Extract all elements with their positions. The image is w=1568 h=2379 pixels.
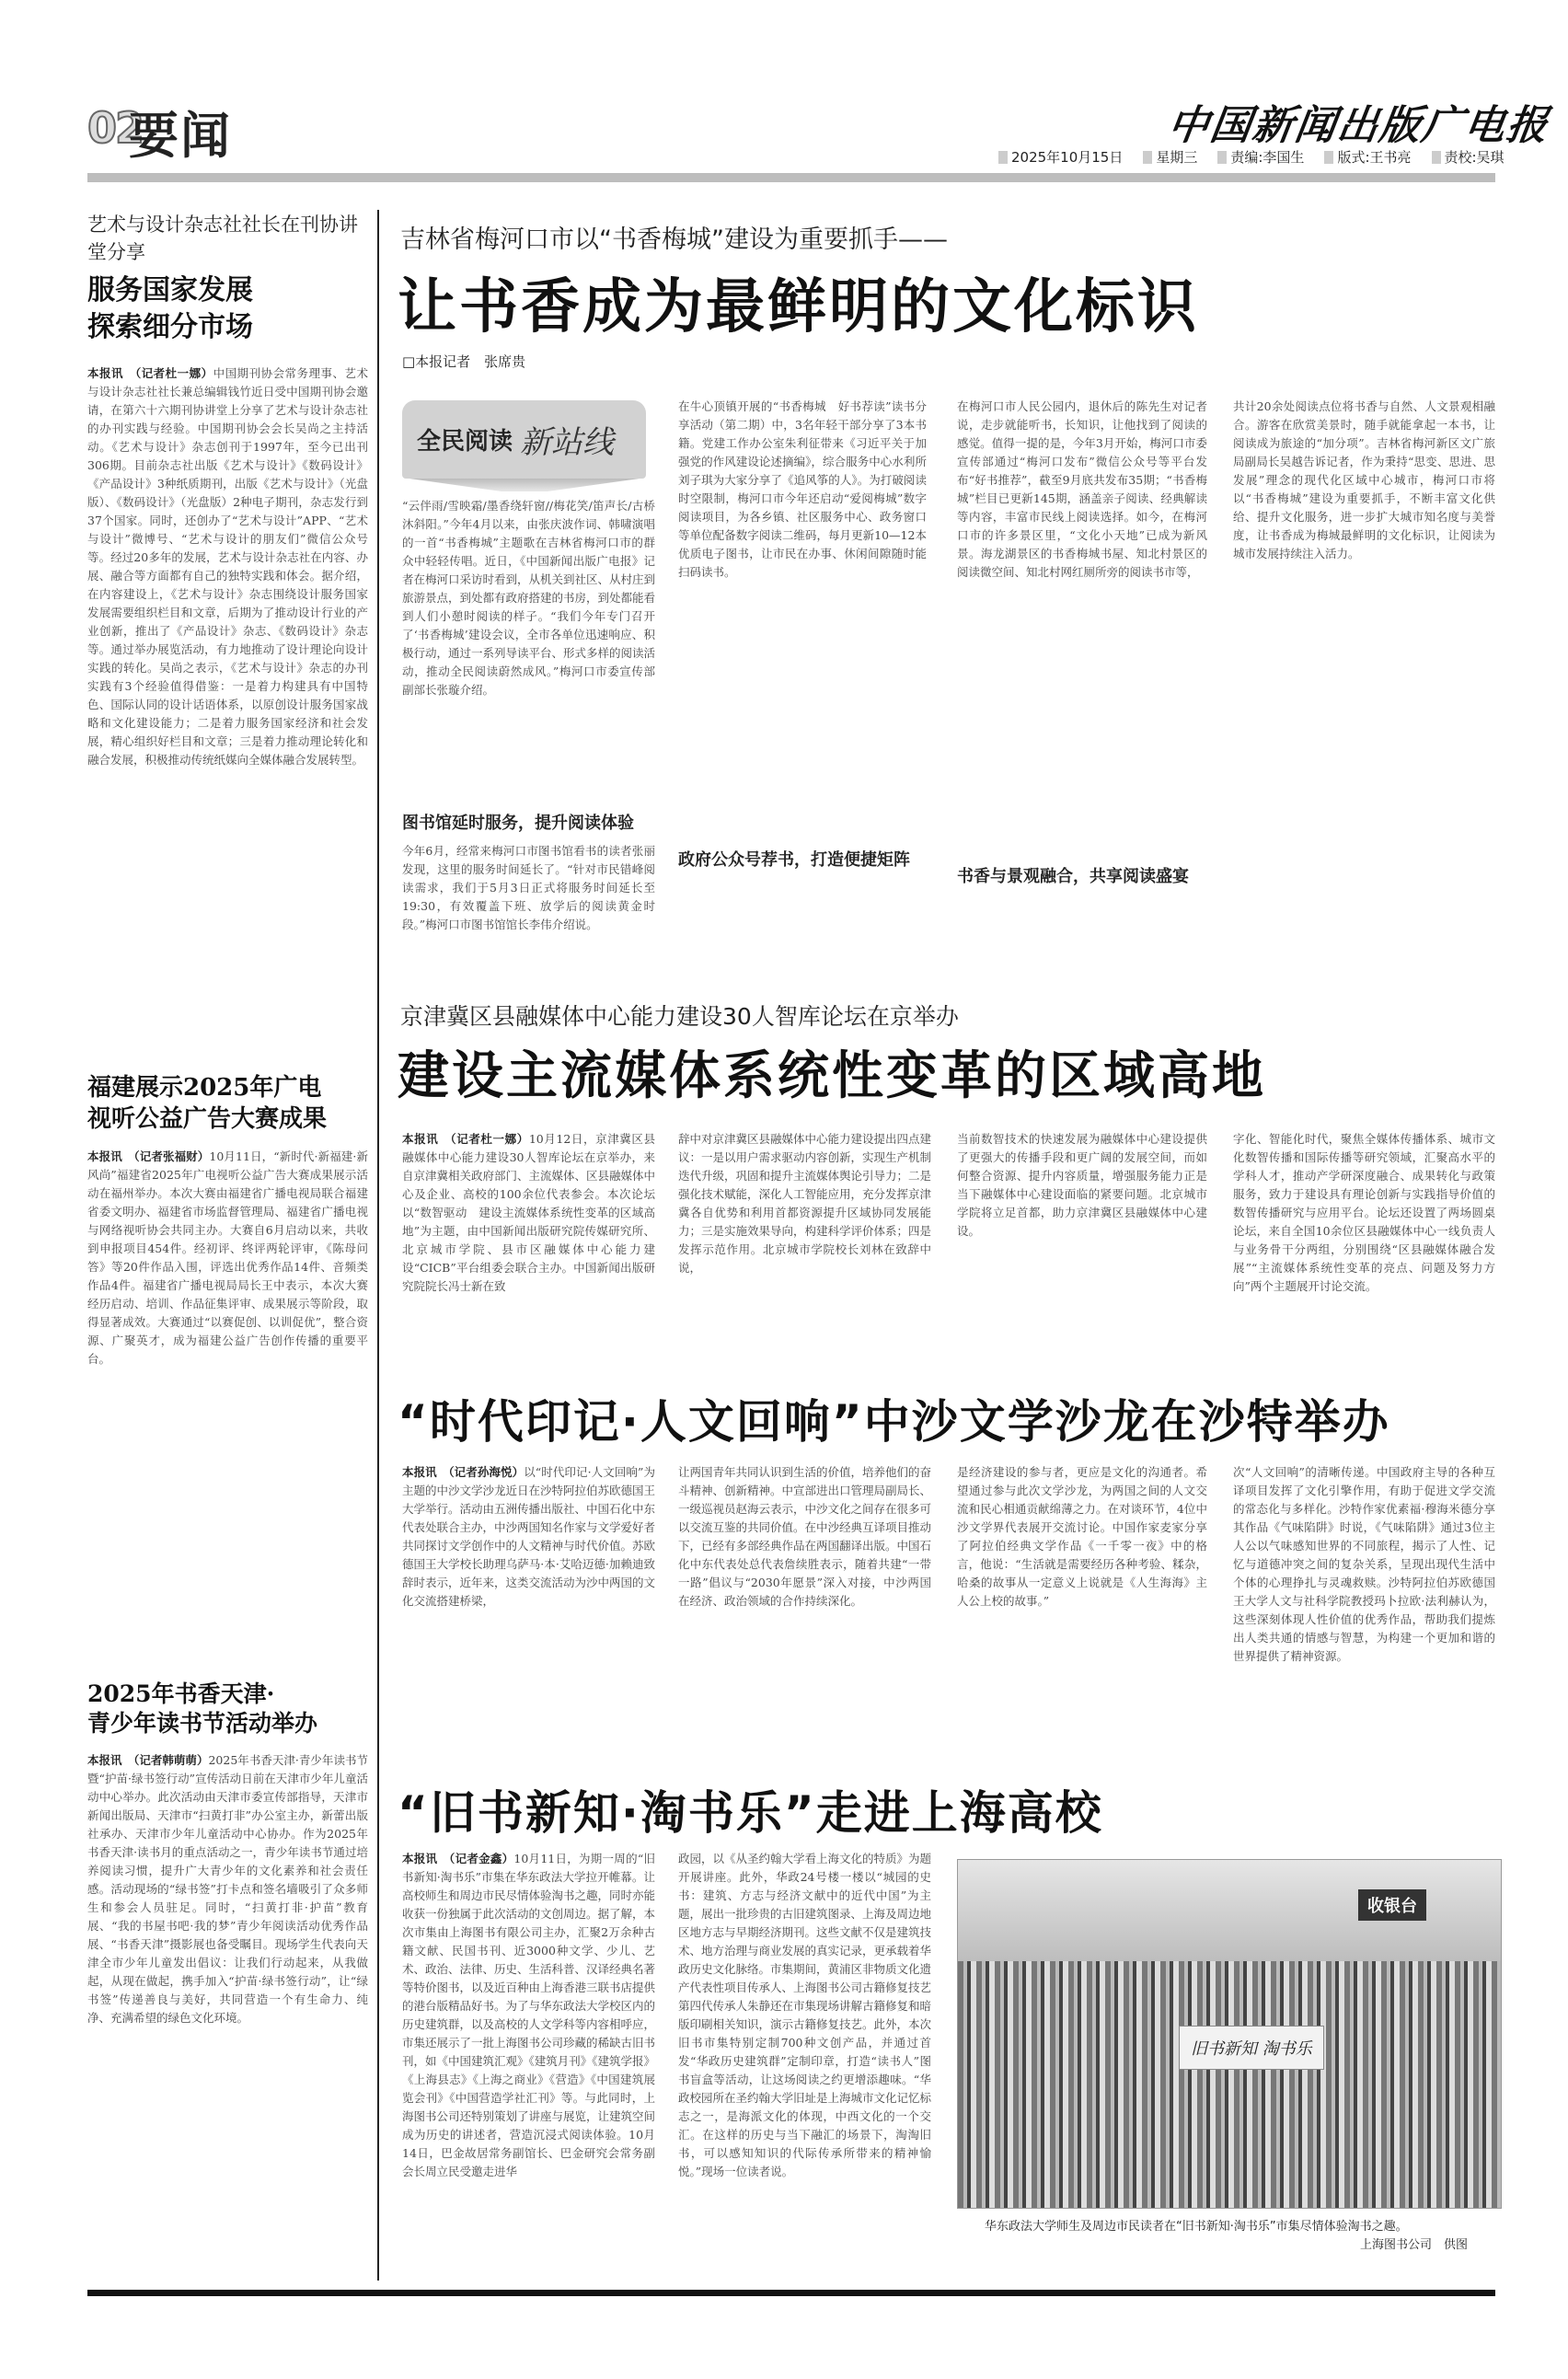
article-column: “云伴雨/雪映霜/墨香绕轩窗//梅花笑/笛声长/古桥沐斜阳。”今年4月以来，由张…	[402, 497, 655, 791]
stand-sign: 旧书新知 淘书乐	[1179, 2026, 1324, 2070]
article-column: 在梅河口市人民公园内，退休后的陈先生对记者说，走步就能听书，长知识，让他找到了阅…	[957, 398, 1207, 844]
article-kicker: 京津冀区县融媒体中心能力建设30人智库论坛在京举办	[400, 999, 959, 1032]
story-body: 本报讯 （记者张福财）10月11日，“新时代·新福建·新风尚”福建省2025年广…	[87, 1148, 368, 1668]
article-column: 是经济建设的参与者，更应是文化的沟通者。希望通过参与此次文学沙龙，为两国之间的人…	[957, 1463, 1207, 1739]
story-body: 本报讯 （记者杜一娜）中国期刊协会常务理事、艺术与设计杂志社社长兼总编辑钱竹近日…	[87, 364, 368, 990]
left-story-3: 2025年书香天津· 青少年读书节活动举办 本报讯 （记者韩萌萌）2025年书香…	[87, 1680, 368, 2290]
article-column: 辞中对京津冀区县融媒体中心能力建设提出四点建议：一是以用户需求驱动内容创新，实现…	[678, 1130, 931, 1323]
title-line: 探索细分市场	[87, 309, 368, 346]
article-column: 政园，以《从圣约翰大学看上海文化的特质》为题开展讲座。此外，华政24号楼一楼以“…	[678, 1850, 931, 2278]
story-body: 本报讯 （记者韩萌萌）2025年书香天津·青少年读书节暨“护苗·绿书签行动”宣传…	[87, 1751, 368, 2290]
proofreader: 责校:吴琪	[1432, 147, 1505, 167]
article-title: “旧书新知·淘书乐”走进上海高校	[398, 1776, 1103, 1842]
article-column: 次“人文回响”的清晰传递。中国政府主导的各种互译项目发挥了文化引擎作用，有助于促…	[1233, 1463, 1495, 1739]
left-story-2: 福建展示2025年广电 视听公益广告大赛成果 本报讯 （记者张福财）10月11日…	[87, 1072, 368, 1668]
editor: 责编:李国生	[1217, 147, 1304, 167]
article-column: 本报讯 （记者金鑫）10月11日，为期一周的“旧书新知·淘书乐”市集在华东政法大…	[402, 1850, 655, 2278]
article-title: “时代印记·人文回响”中沙文学沙龙在沙特举办	[398, 1385, 1390, 1451]
open-book-icon	[409, 479, 640, 491]
column-divider	[377, 210, 379, 2281]
section-title: 要闻	[129, 97, 232, 167]
article-column: 今年6月，经常来梅河口市图书馆看书的读者张丽发现，这里的服务时间延长了。“针对市…	[402, 842, 655, 934]
sub-heading: 政府公众号荐书，打造便捷矩阵	[678, 847, 910, 871]
article-column: 在牛心顶镇开展的“书香梅城 好书荐读”读书分享活动（第二期）中，3名年轻干部分享…	[678, 398, 927, 756]
footer-divider	[87, 2290, 1495, 2296]
layout-editor: 版式:王书亮	[1324, 147, 1411, 167]
story-title: 2025年书香天津· 青少年读书节活动举办	[87, 1680, 368, 1738]
issue-meta: 2025年10月15日 星期三 责编:李国生 版式:王书亮 责校:吴琪	[998, 147, 1505, 167]
story-title: 福建展示2025年广电 视听公益广告大赛成果	[87, 1072, 368, 1135]
left-story-1: 艺术与设计杂志社社长在刊协讲堂分享 服务国家发展 探索细分市场 本报讯 （记者杜…	[87, 210, 368, 990]
article-title: 建设主流媒体系统性变革的区域高地	[398, 1035, 1266, 1109]
article-column: 字化、智能化时代，聚焦全媒体传播体系、城市文化数智传播和国际传播等研究领域，汇聚…	[1233, 1130, 1495, 1323]
title-line: 服务国家发展	[87, 272, 368, 309]
story-kicker: 艺术与设计杂志社社长在刊协讲堂分享	[87, 210, 368, 265]
header-divider	[87, 173, 1495, 182]
sub-heading: 书香与景观融合，共享阅读盛宴	[957, 863, 1189, 887]
book-market-photo: 收银台 旧书新知 淘书乐	[957, 1859, 1502, 2209]
photo-caption: 华东政法大学师生及周边市民读者在“旧书新知·淘书乐”市集尽情体验淘书之趣。	[985, 2216, 1408, 2234]
article-kicker: 吉林省梅河口市以“书香梅城”建设为重要抓手——	[400, 219, 948, 255]
sub-heading: 图书馆延时服务，提升阅读体验	[402, 810, 634, 834]
reading-column-banner: 全民阅读 新站线	[402, 400, 646, 479]
issue-date: 2025年10月15日	[998, 147, 1123, 167]
story-lead: 本报讯 （记者杜一娜）	[87, 366, 213, 380]
article-column: 共计20余处阅读点位将书香与自然、人文景观相融合。游客在欣赏美景时，随手就能拿起…	[1233, 398, 1495, 964]
masthead-logo: 中国新闻出版广电报	[1165, 92, 1554, 151]
article-title: 让书香成为最鲜明的文化标识	[398, 260, 1199, 344]
article-column: 本报讯 （记者杜一娜）10月12日，京津冀区县融媒体中心能力建设30人智库论坛在…	[402, 1130, 655, 1323]
issue-weekday: 星期三	[1143, 147, 1197, 167]
article-column: 当前数智技术的快速发展为融媒体中心建设提供了更强大的传播手段和更广阔的发展空间，…	[957, 1130, 1207, 1323]
story-title: 服务国家发展 探索细分市场	[87, 272, 368, 346]
article-column: 本报讯 （记者孙海悦）以“时代印记·人文回响”为主题的中沙文学沙龙近日在沙特阿拉…	[402, 1463, 655, 1739]
photo-credit: 上海图书公司 供图	[1360, 2235, 1468, 2252]
article-byline: □本报记者 张席贵	[402, 352, 525, 371]
article-column: 让两国青年共同认识到生活的价值，培养他们的奋斗精神、创新精神。中宣部进出口管理局…	[678, 1463, 931, 1739]
cashier-sign: 收银台	[1358, 1889, 1426, 1921]
